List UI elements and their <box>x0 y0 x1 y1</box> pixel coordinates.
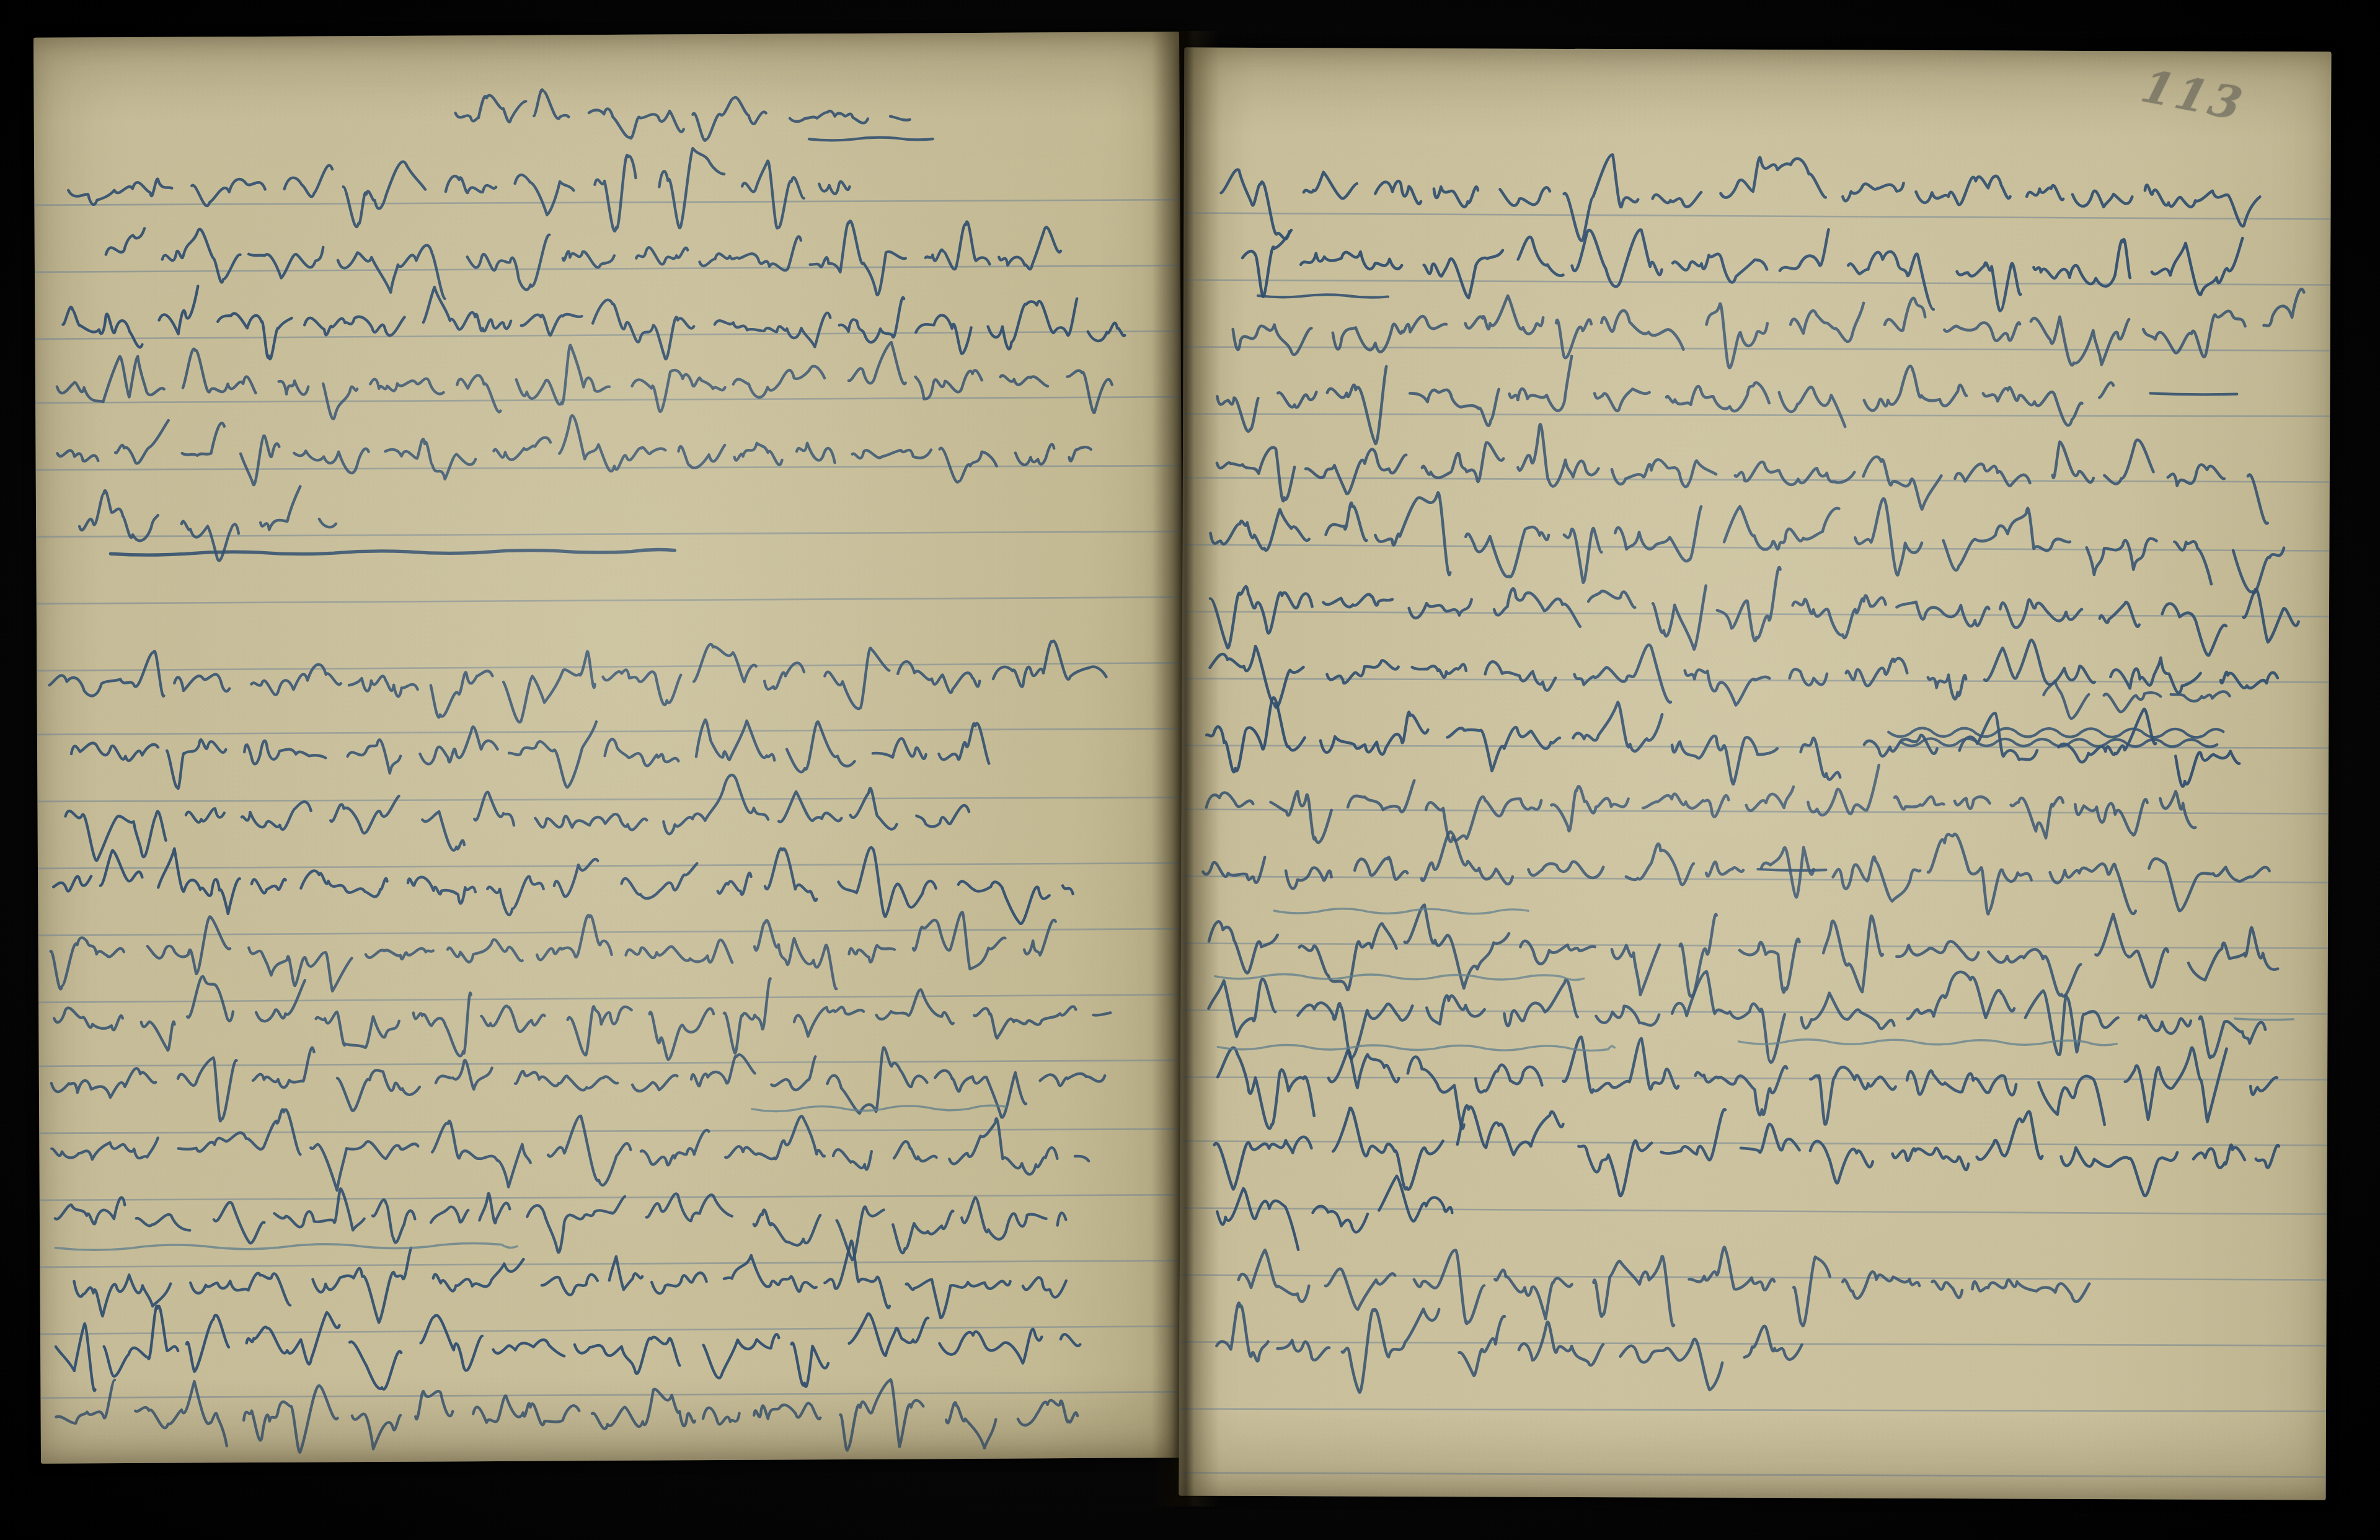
handwriting-left-page <box>33 32 1187 1464</box>
left-page <box>33 32 1187 1464</box>
right-page: 113 <box>1179 47 2332 1500</box>
handwriting-right-page <box>1179 47 2332 1500</box>
notebook-photo: 113 <box>0 0 2380 1540</box>
